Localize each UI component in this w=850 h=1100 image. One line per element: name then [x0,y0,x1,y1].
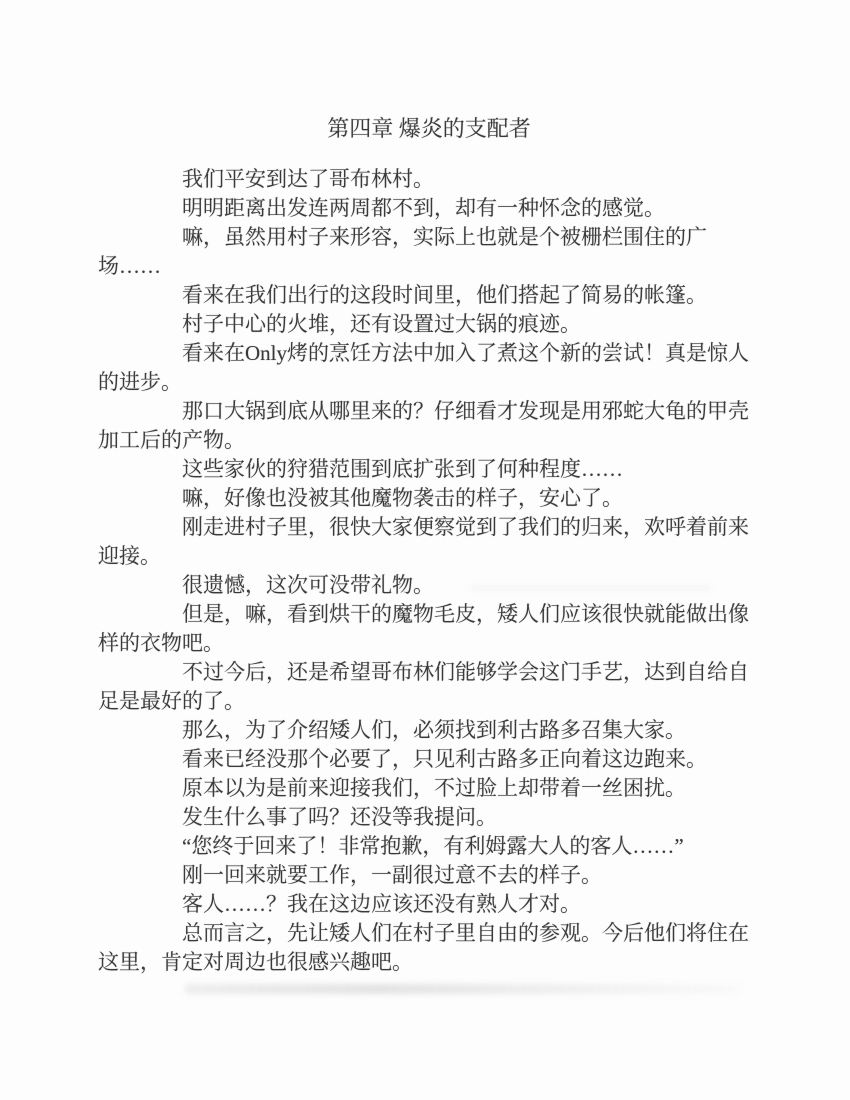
paragraph: 看来已经没那个必要了，只见利古路多正向着这边跑来。 [98,745,760,774]
paragraph: 很遗憾，这次可没带礼物。 [98,571,760,600]
paragraph: 看来在我们出行的这段时间里，他们搭起了简易的帐篷。 [98,281,760,310]
paragraph: 那口大锅到底从哪里来的？仔细看才发现是用邪蛇大龟的甲壳加工后的产物。 [98,397,760,455]
paragraph: 村子中心的火堆，还有设置过大锅的痕迹。 [98,310,760,339]
paragraph: 看来在Only烤的烹饪方法中加入了煮这个新的尝试！真是惊人的进步。 [98,339,760,397]
paragraph: 那么，为了介绍矮人们，必须找到利古路多召集大家。 [98,716,760,745]
paragraph: 原本以为是前来迎接我们，不过脸上却带着一丝困扰。 [98,774,760,803]
chapter-title: 第四章 爆炎的支配者 [98,114,760,143]
paragraph: 嘛，好像也没被其他魔物袭击的样子，安心了。 [98,484,760,513]
paragraph: 这些家伙的狩猎范围到底扩张到了何种程度…… [98,455,760,484]
chapter-body: 我们平安到达了哥布林村。明明距离出发连两周都不到，却有一种怀念的感觉。嘛，虽然用… [98,165,760,977]
paragraph: “您终于回来了！非常抱歉，有利姆露大人的客人……” [98,832,760,861]
paragraph: 刚一回来就要工作，一副很过意不去的样子。 [98,861,760,890]
paragraph: 刚走进村子里，很快大家便察觉到了我们的归来，欢呼着前来迎接。 [98,513,760,571]
paragraph: 嘛，虽然用村子来形容，实际上也就是个被栅栏围住的广场…… [98,223,760,281]
paragraph: 不过今后，还是希望哥布林们能够学会这门手艺，达到自给自足是最好的了。 [98,658,760,716]
document-page: 第四章 爆炎的支配者 我们平安到达了哥布林村。明明距离出发连两周都不到，却有一种… [0,0,850,1100]
scan-artifact [185,984,740,994]
paragraph: 总而言之，先让矮人们在村子里自由的参观。今后他们将住在这里，肯定对周边也很感兴趣… [98,919,760,977]
paragraph: 明明距离出发连两周都不到，却有一种怀念的感觉。 [98,194,760,223]
paragraph: 发生什么事了吗？还没等我提问。 [98,803,760,832]
paragraph: 但是，嘛，看到烘干的魔物毛皮，矮人们应该很快就能做出像样的衣物吧。 [98,600,760,658]
paragraph: 我们平安到达了哥布林村。 [98,165,760,194]
paragraph: 客人……？我在这边应该还没有熟人才对。 [98,890,760,919]
